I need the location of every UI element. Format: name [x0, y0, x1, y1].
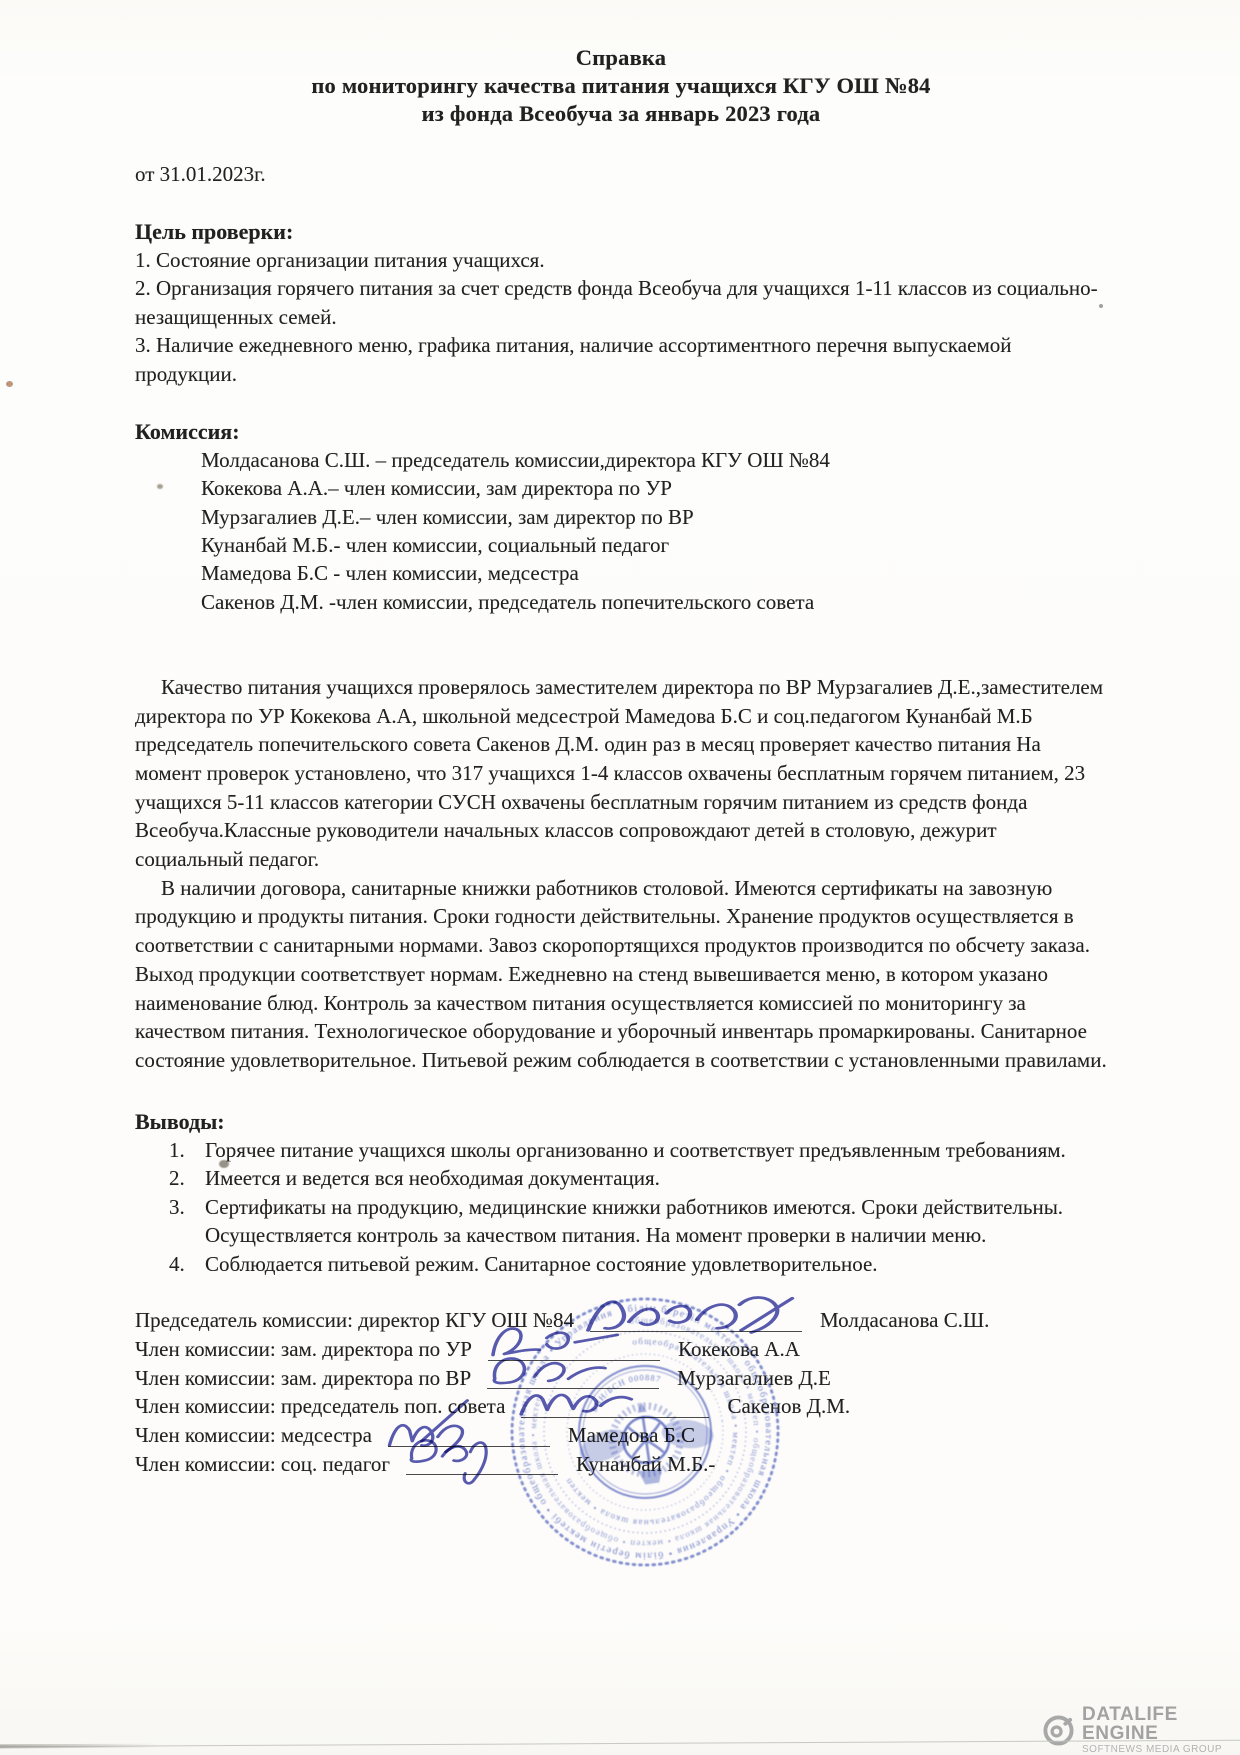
signature-label: Член комиссии: медсестра	[135, 1423, 372, 1448]
scan-speck	[1099, 304, 1103, 308]
conclusions-heading: Выводы:	[135, 1108, 1107, 1136]
signature-name: Кунанбай М.Б.-	[576, 1452, 715, 1477]
scanned-document-page: Справка по мониторингу качества питания …	[0, 0, 1240, 1755]
title-line: из фонда Всеобуча за январь 2023 года	[135, 100, 1107, 128]
signature-line	[406, 1470, 558, 1475]
watermark-brand: DATALIFE ENGINE	[1082, 1705, 1240, 1743]
scan-edge-smudge	[0, 1744, 160, 1749]
signature-label: Член комиссии: зам. директора по ВР	[135, 1366, 471, 1391]
commission-member: Сакенов Д.М. -член комиссии, председател…	[201, 588, 1107, 616]
document-date: от 31.01.2023г.	[135, 160, 1107, 188]
commission-member: Мамедова Б.С - член комиссии, медсестра	[201, 559, 1107, 587]
conclusion-item: 1.Горячее питание учащихся школы организ…	[135, 1136, 1107, 1165]
commission-member: Кунанбай М.Б.- член комиссии, социальный…	[201, 531, 1107, 559]
signature-block: Председатель комиссии: директор КГУ ОШ №…	[135, 1308, 1107, 1480]
conclusion-item: 2.Имеется и ведется вся необходимая доку…	[135, 1164, 1107, 1193]
conclusion-number: 3.	[169, 1193, 205, 1250]
conclusion-text: Соблюдается питьевой режим. Санитарное с…	[205, 1250, 1107, 1279]
scan-speck	[6, 381, 13, 387]
commission-members: Молдасанова С.Ш. – председатель комиссии…	[135, 446, 1107, 616]
goal-heading: Цель проверки:	[135, 218, 1107, 246]
conclusion-text: Имеется и ведется вся необходимая докуме…	[205, 1164, 1107, 1193]
signature-row: Член комиссии: соц. педагогКунанбай М.Б.…	[135, 1452, 1107, 1481]
section-conclusions: Выводы: 1.Горячее питание учащихся школы…	[135, 1108, 1107, 1279]
watermark-subtitle: SOFTNEWS MEDIA GROUP	[1082, 1744, 1240, 1755]
commission-member: Кокекова А.А.– член комиссии, зам директ…	[201, 474, 1107, 502]
datalife-logo-icon	[1042, 1714, 1075, 1747]
signature-ink	[394, 1420, 572, 1484]
goal-items: 1. Состояние организации питания учащихс…	[135, 246, 1107, 388]
signature-row: Член комиссии: медсестраМамедова Б.С	[135, 1423, 1107, 1452]
conclusion-item: 3.Сертификаты на продукцию, медицинские …	[135, 1193, 1107, 1250]
goal-item: 2. Организация горячего питания за счет …	[135, 274, 1107, 331]
conclusions-list: 1.Горячее питание учащихся школы организ…	[135, 1136, 1107, 1279]
signature-label: Член комиссии: зам. директора по УР	[135, 1337, 472, 1362]
conclusion-number: 4.	[169, 1250, 205, 1279]
conclusion-number: 2.	[169, 1164, 205, 1193]
signature-name: Молдасанова С.Ш.	[820, 1308, 989, 1333]
conclusion-text: Горячее питание учащихся школы организов…	[205, 1136, 1107, 1165]
section-commission: Комиссия: Молдасанова С.Ш. – председател…	[135, 418, 1107, 616]
conclusion-text: Сертификаты на продукцию, медицинские кн…	[205, 1193, 1107, 1250]
document-body: Справка по мониторингу качества питания …	[135, 44, 1107, 1480]
signature-row: Член комиссии: председатель поп. советаС…	[135, 1394, 1107, 1423]
commission-member: Молдасанова С.Ш. – председатель комиссии…	[201, 446, 1107, 474]
commission-heading: Комиссия:	[135, 418, 1107, 446]
signature-label: Член комиссии: соц. педагог	[135, 1452, 390, 1477]
document-title: Справка по мониторингу качества питания …	[135, 44, 1107, 128]
watermark-text: DATALIFE ENGINE SOFTNEWS MEDIA GROUP	[1082, 1705, 1240, 1755]
goal-item: 1. Состояние организации питания учащихс…	[135, 246, 1107, 274]
section-goal: Цель проверки: 1. Состояние организации …	[135, 218, 1107, 388]
goal-item: 3. Наличие ежедневного меню, графика пит…	[135, 331, 1107, 388]
scan-speck	[219, 1160, 229, 1168]
title-line: Справка	[135, 44, 1107, 72]
conclusion-item: 4.Соблюдается питьевой режим. Санитарное…	[135, 1250, 1107, 1279]
conclusion-number: 1.	[169, 1136, 205, 1165]
body-paragraph-1: Качество питания учащихся проверялось за…	[135, 673, 1107, 874]
title-line: по мониторингу качества питания учащихся…	[135, 72, 1107, 100]
body-paragraph-2: В наличии договора, санитарные книжки ра…	[135, 874, 1107, 1075]
datalife-watermark: DATALIFE ENGINE SOFTNEWS MEDIA GROUP	[1042, 1705, 1240, 1755]
scan-speck	[157, 484, 163, 489]
signature-name: Сакенов Д.М.	[727, 1394, 850, 1419]
commission-member: Мурзагалиев Д.Е.– член комиссии, зам дир…	[201, 503, 1107, 531]
